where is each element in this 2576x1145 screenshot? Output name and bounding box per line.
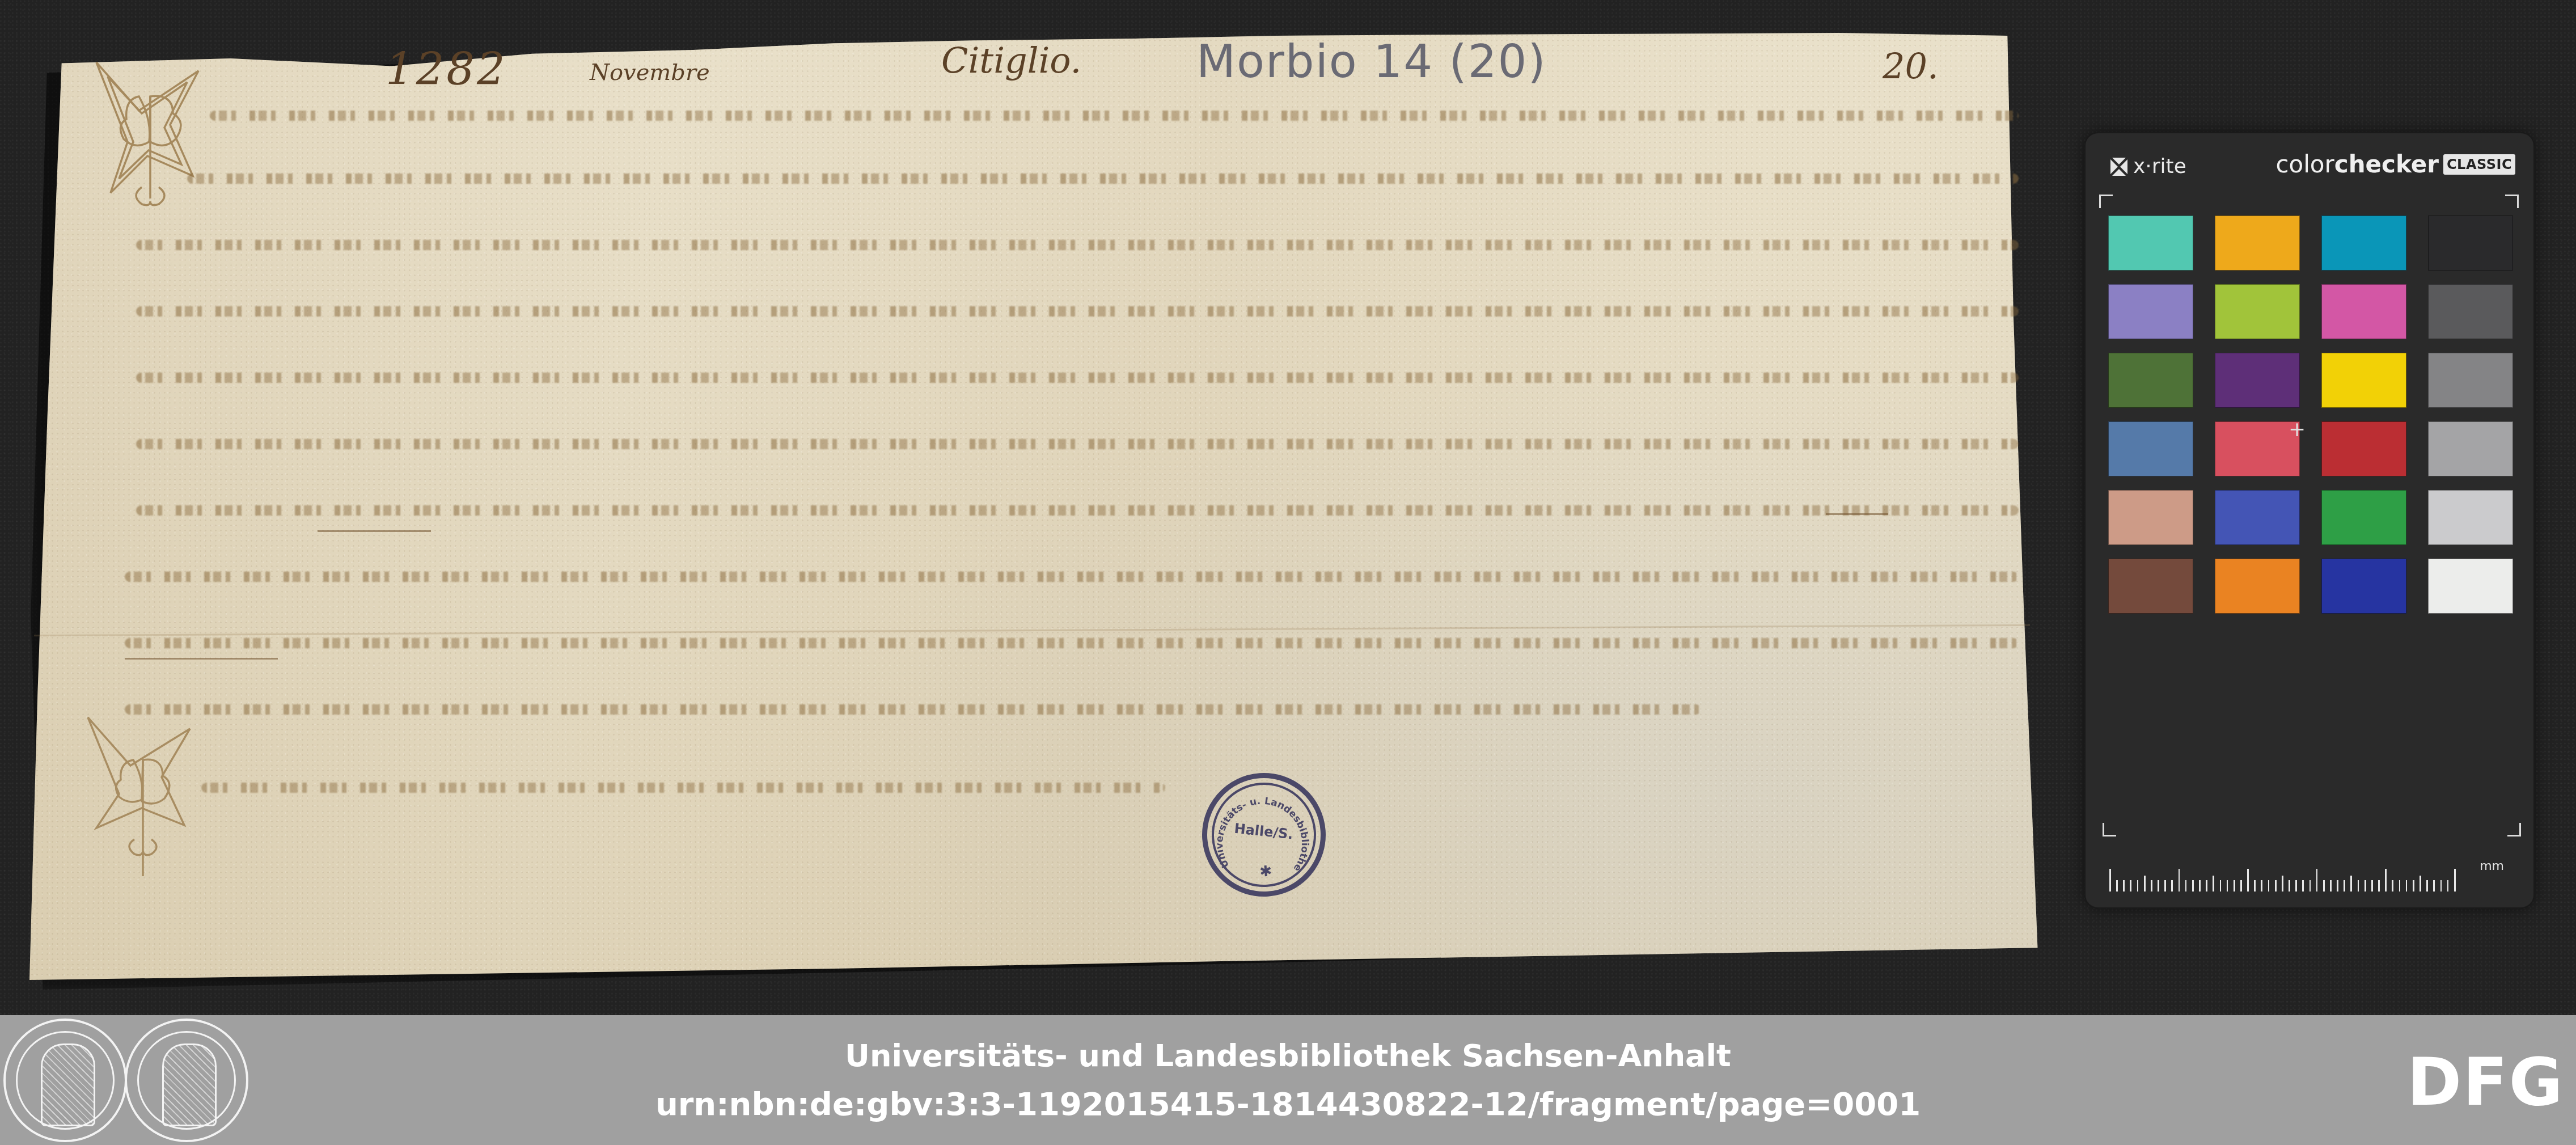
script-line (125, 572, 2019, 582)
ruler-unit-label: mm (2480, 859, 2504, 873)
ruler-tick (2179, 869, 2180, 892)
colorchecker-title: color checker CLASSIC (2275, 150, 2515, 178)
ruler-tick (2206, 880, 2207, 892)
annotation-month: Novembre (590, 60, 710, 86)
charter-text-body (187, 111, 2019, 771)
text-underline (1826, 513, 1888, 515)
color-patch-13 (2108, 421, 2193, 476)
ruler-tick (2282, 876, 2283, 892)
ruler-tick (2323, 880, 2325, 892)
script-line (136, 240, 2019, 250)
ruler-tick (2364, 880, 2366, 892)
ruler-tick (2316, 869, 2318, 892)
ruler-tick (2289, 880, 2290, 892)
annotation-folio-number: 20. (1883, 45, 1939, 87)
color-patch-16 (2428, 421, 2513, 476)
color-patch-12 (2428, 353, 2513, 408)
color-patch-11 (2321, 353, 2406, 408)
annotation-shelfmark: Morbio 14 (20) (1196, 35, 1547, 88)
ruler-tick (2227, 880, 2228, 892)
ruler-tick (2440, 880, 2442, 892)
annotation-place: Citiglio. (941, 40, 1081, 81)
color-patch-18 (2215, 490, 2300, 545)
ruler-tick (2378, 880, 2380, 892)
colorchecker-title-bold: checker (2334, 150, 2439, 178)
ruler-tick (2130, 880, 2131, 892)
ruler-tick (2144, 876, 2146, 892)
ruler-tick (2406, 880, 2408, 892)
footer-urn[interactable]: urn:nbn:de:gbv:3:3-1192015415-1814430822… (0, 1086, 2576, 1123)
color-patch-17 (2108, 490, 2193, 545)
color-patch-10 (2215, 353, 2300, 408)
ruler-tick (2116, 880, 2118, 892)
ruler-tick (2337, 880, 2338, 892)
ruler-tick (2344, 880, 2345, 892)
ruler-tick (2268, 880, 2270, 892)
ruler-tick (2433, 880, 2435, 892)
dfg-logo: DFG (2407, 1050, 2564, 1116)
ruler-tick (2447, 880, 2449, 892)
text-underline (318, 530, 431, 532)
script-line (210, 111, 2019, 121)
script-line (136, 373, 2019, 383)
color-patch-2 (2215, 216, 2300, 271)
ruler-tick (2309, 880, 2311, 892)
color-patch-1 (2108, 216, 2193, 271)
ruler-tick (2171, 880, 2173, 892)
ruler-tick (2261, 880, 2262, 892)
color-patch-9 (2108, 353, 2193, 408)
xrite-brand-text: x·rite (2133, 155, 2186, 178)
ruler-tick (2399, 880, 2401, 892)
color-patch-19 (2321, 490, 2406, 545)
ruler-tick (2358, 880, 2359, 892)
colorchecker-title-light: color (2275, 150, 2334, 178)
color-patch-3 (2321, 216, 2406, 271)
mm-ruler (2109, 869, 2461, 892)
ruler-tick (2240, 880, 2242, 892)
ruler-tick (2164, 880, 2166, 892)
text-underline (125, 658, 278, 660)
script-line (136, 505, 2019, 516)
registration-mark-top-right (2505, 195, 2519, 208)
ruler-tick (2302, 880, 2304, 892)
color-patch-23 (2321, 559, 2406, 614)
color-patch-21 (2108, 559, 2193, 614)
ruler-tick (2247, 869, 2249, 892)
ruler-tick (2109, 869, 2111, 892)
registration-mark-bottom-right (2507, 823, 2521, 836)
annotation-year: 1282 (386, 44, 507, 95)
registration-mark-top-left (2099, 195, 2113, 208)
xrite-logo-icon (2109, 157, 2129, 176)
ruler-tick (2192, 880, 2194, 892)
ruler-tick (2392, 880, 2393, 892)
ruler-tick (2330, 880, 2332, 892)
color-patch-22 (2215, 559, 2300, 614)
footer-bar: Universitäts- und Landesbibliothek Sachs… (0, 1015, 2576, 1145)
color-patch-14 (2215, 421, 2300, 476)
script-line (125, 704, 1701, 715)
color-patch-15 (2321, 421, 2406, 476)
ruler-tick (2275, 880, 2277, 892)
color-patch-20 (2428, 490, 2513, 545)
library-stamp: Universitäts- u. Landesbibliothek Halle/… (1198, 769, 1330, 901)
ruler-tick (2350, 876, 2352, 892)
university-seal-halle-icon (3, 1019, 127, 1142)
ruler-tick (2151, 880, 2152, 892)
ruler-tick (2123, 880, 2125, 892)
ruler-tick (2220, 880, 2222, 892)
ruler-tick (2199, 880, 2201, 892)
ruler-tick (2137, 880, 2139, 892)
ruler-tick (2371, 880, 2373, 892)
registration-mark-bottom-left (2103, 823, 2116, 836)
ruler-tick (2185, 880, 2187, 892)
script-line (125, 638, 2019, 648)
color-patch-4 (2428, 216, 2513, 271)
stamp-star-icon: ✱ (1259, 863, 1273, 880)
color-patch-7 (2321, 284, 2406, 339)
ruler-tick (2254, 880, 2256, 892)
script-line-closing (201, 783, 1165, 793)
ruler-tick (2295, 880, 2297, 892)
ruler-tick (2420, 876, 2421, 892)
script-line (136, 439, 2019, 449)
ruler-tick (2385, 869, 2387, 892)
crosshair-icon: + (2289, 420, 2306, 440)
colorchecker-classic-badge: CLASSIC (2443, 154, 2515, 175)
ruler-tick (2426, 880, 2428, 892)
ruler-tick (2413, 880, 2414, 892)
color-patch-5 (2108, 284, 2193, 339)
color-patch-6 (2215, 284, 2300, 339)
xrite-brand: x·rite (2109, 155, 2186, 178)
script-line (187, 174, 2019, 184)
ruler-tick (2158, 880, 2159, 892)
ruler-tick (2454, 869, 2456, 892)
script-line (136, 306, 2019, 316)
color-patch-grid (2108, 216, 2513, 614)
university-seal-wittenberg-icon (125, 1019, 248, 1142)
footer-library-name: Universitäts- und Landesbibliothek Sachs… (0, 1038, 2576, 1074)
color-patch-24 (2428, 559, 2513, 614)
ruler-tick (2234, 880, 2235, 892)
color-patch-8 (2428, 284, 2513, 339)
ruler-tick (2213, 876, 2214, 892)
colorchecker-card: x·rite color checker CLASSIC + mm (2086, 133, 2533, 907)
